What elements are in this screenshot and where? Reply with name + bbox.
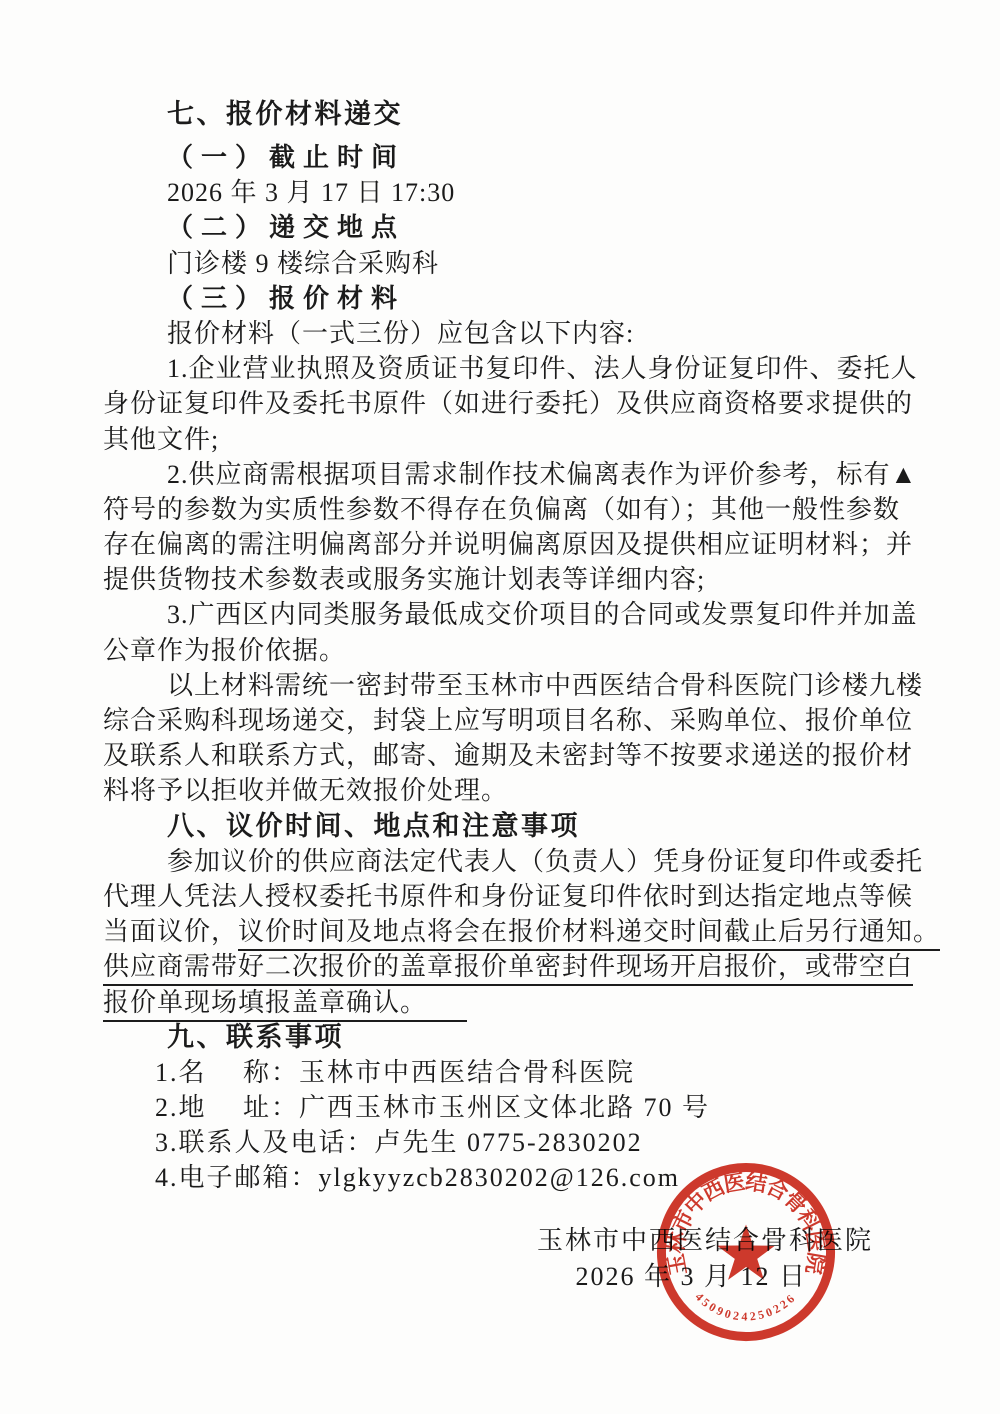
section7-sub1-heading: （一）截止时间: [103, 140, 925, 175]
item1-line3: 其他文件;: [103, 422, 925, 457]
deadline-text: 2026 年 3 月 17 日 17:30: [103, 175, 925, 210]
contact-phone-line: 3.联系人及电话：卢先生 0775-2830202: [103, 1125, 925, 1160]
svg-text:4509024250226: 4509024250226: [693, 1290, 798, 1324]
sealing-note-line3: 及联系人和联系方式，邮寄、逾期及未密封等不按要求递送的报价材: [103, 738, 925, 773]
negotiation-line3-plain: 当面议价，: [103, 917, 238, 946]
item2-line3: 存在偏离的需注明偏离部分并说明偏离原因及提供相应证明材料；并: [103, 527, 925, 562]
negotiation-line1: 参加议价的供应商法定代表人（负责人）凭身份证复印件或委托: [103, 844, 925, 879]
negotiation-line3: 当面议价，议价时间及地点将会在报价材料递交时间截止后另行通知。: [103, 914, 925, 949]
contact-name-line: 1.名 称：玉林市中西医结合骨科医院: [103, 1055, 925, 1090]
negotiation-line4: 供应商需带好二次报价的盖章报价单密封件现场开启报价，或带空白: [103, 949, 925, 984]
section9-heading: 九、联系事项: [103, 1020, 925, 1055]
stamp-star-icon: [717, 1224, 775, 1279]
sealing-note-line4: 料将予以拒收并做无效报价处理。: [103, 773, 925, 808]
stamp-code-text: 4509024250226: [693, 1290, 798, 1324]
section7-sub2-heading: （二）递交地点: [103, 210, 925, 245]
item2-line2: 符号的参数为实质性参数不得存在负偏离（如有）；其他一般性参数: [103, 492, 925, 527]
section7-sub3-heading: （三）报价材料: [103, 281, 925, 316]
delivery-location-text: 门诊楼 9 楼综合采购科: [103, 246, 925, 281]
materials-intro-line: 报价材料（一式三份）应包含以下内容:: [103, 316, 925, 351]
item2-line1: 2.供应商需根据项目需求制作技术偏离表作为评价参考，标有▲: [103, 457, 925, 492]
document-body: 七、报价材料递交 （一）截止时间 2026 年 3 月 17 日 17:30 （…: [103, 95, 925, 1196]
negotiation-line4-underlined: 供应商需带好二次报价的盖章报价单密封件现场开启报价，或带空白: [103, 952, 913, 986]
sealing-note-line2: 综合采购科现场递交，封袋上应写明项目名称、采购单位、报价单位: [103, 703, 925, 738]
item2-line4: 提供货物技术参数表或服务实施计划表等详细内容;: [103, 562, 925, 597]
item3-line1: 3.广西区内同类服务最低成交价项目的合同或发票复印件并加盖: [103, 597, 925, 632]
negotiation-line2: 代理人凭法人授权委托书原件和身份证复印件依时到达指定地点等候: [103, 879, 925, 914]
negotiation-line5: 报价单现场填报盖章确认。: [103, 985, 925, 1020]
sealing-note-line1: 以上材料需统一密封带至玉林市中西医结合骨科医院门诊楼九楼: [103, 668, 925, 703]
section7-heading: 七、报价材料递交: [103, 95, 925, 140]
negotiation-line5-underlined: 报价单现场填报盖章确认。: [103, 988, 467, 1022]
scanned-document-page: 七、报价材料递交 （一）截止时间 2026 年 3 月 17 日 17:30 （…: [0, 0, 1000, 1414]
item1-line2: 身份证复印件及委托书原件（如进行委托）及供应商资格要求提供的: [103, 386, 925, 421]
negotiation-line3-underlined: 议价时间及地点将会在报价材料递交时间截止后另行通知。: [238, 917, 940, 951]
item1-line1: 1.企业营业执照及资质证书复印件、法人身份证复印件、委托人: [103, 351, 925, 386]
official-seal-stamp: 玉林市中西医结合骨科医院 4509024250226: [651, 1157, 841, 1347]
section8-heading: 八、议价时间、地点和注意事项: [103, 809, 925, 844]
contact-address-line: 2.地 址：广西玉林市玉州区文体北路 70 号: [103, 1090, 925, 1125]
item3-line2: 公章作为报价依据。: [103, 633, 925, 668]
